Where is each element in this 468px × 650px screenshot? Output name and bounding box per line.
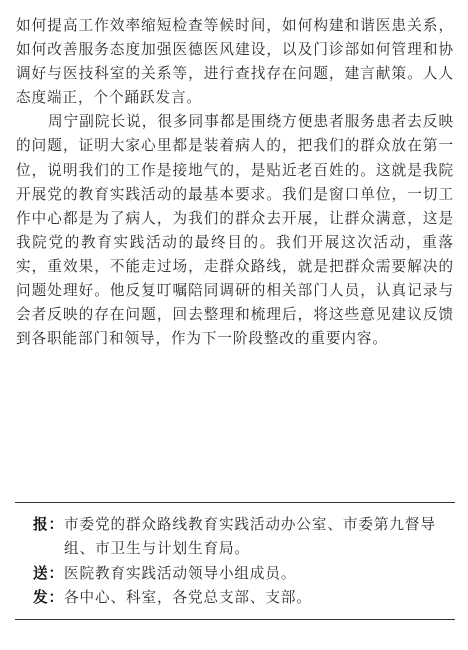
divider-top xyxy=(15,502,455,503)
report-recipients: 市委党的群众路线教育实践活动办公室、市委第九督导组、市卫生与计划生育局。 xyxy=(64,513,453,562)
document-body: 如何提高工作效率缩短检查等候时间，如何构建和谐医患关系，如何改善服务态度加强医德… xyxy=(16,14,454,351)
divider-bottom xyxy=(15,619,455,620)
paragraph-2: 周宁副院长说，很多同事都是围绕方便患者服务患者去反映的问题，证明大家心里都是装着… xyxy=(16,110,454,351)
issue-recipients: 各中心、科室，各党总支部、支部。 xyxy=(64,586,453,610)
send-label: 送： xyxy=(33,562,64,586)
distribution-report-row: 报： 市委党的群众路线教育实践活动办公室、市委第九督导组、市卫生与计划生育局。 xyxy=(33,513,453,562)
distribution-issue-row: 发： 各中心、科室，各党总支部、支部。 xyxy=(33,586,453,610)
report-label: 报： xyxy=(33,513,64,562)
send-recipients: 医院教育实践活动领导小组成员。 xyxy=(64,562,453,586)
issue-label: 发： xyxy=(33,586,64,610)
distribution-list: 报： 市委党的群众路线教育实践活动办公室、市委第九督导组、市卫生与计划生育局。 … xyxy=(33,513,453,610)
distribution-send-row: 送： 医院教育实践活动领导小组成员。 xyxy=(33,562,453,586)
paragraph-1: 如何提高工作效率缩短检查等候时间，如何构建和谐医患关系，如何改善服务态度加强医德… xyxy=(16,14,454,110)
